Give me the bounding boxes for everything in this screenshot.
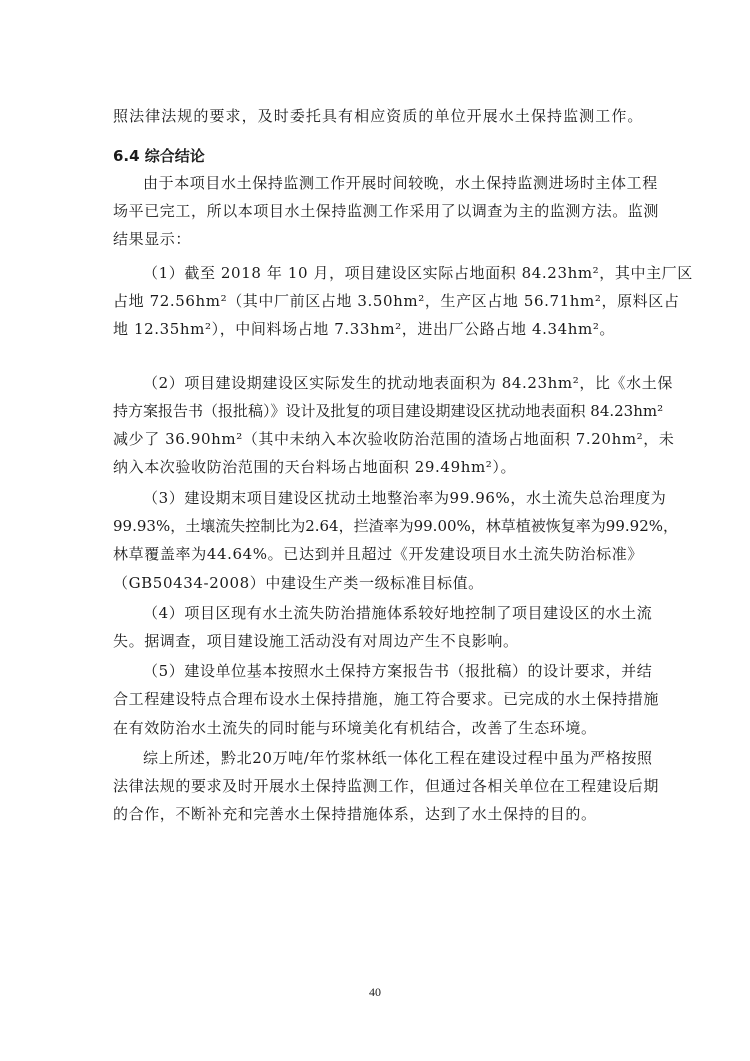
item-line: 失。据调查，项目建设施工活动没有对周边产生不良影响。 <box>113 631 643 651</box>
item-line: 在有效防治水土流失的同时能与环境美化有机结合，改善了生态环境。 <box>113 718 643 738</box>
item-line: 减少了 36.90hm²（其中未纳入本次验收防治范围的渣场占地面积 7.20hm… <box>113 429 643 449</box>
item-line: （GB50434-2008）中建设生产类一级标准目标值。 <box>113 573 643 593</box>
summary-line: 法律法规的要求及时开展水土保持监测工作，但通过各相关单位在工程建设后期 <box>113 776 643 796</box>
carryover-line: 照法律法规的要求，及时委托具有相应资质的单位开展水土保持监测工作。 <box>113 106 643 126</box>
document-page: 照法律法规的要求，及时委托具有相应资质的单位开展水土保持监测工作。 6.4 综合… <box>0 0 750 1061</box>
intro-line: 场平已完工，所以本项目水土保持监测工作采用了以调查为主的监测方法。监测 <box>113 201 643 221</box>
intro-line: 结果显示： <box>113 229 643 249</box>
page-number: 40 <box>0 985 750 1000</box>
item-line: 占地 72.56hm²（其中厂前区占地 3.50hm²，生产区占地 56.71h… <box>113 291 643 311</box>
item-line: （3）建设期末项目建设区扰动土地整治率为99.96%，水土流失总治理度为 <box>143 488 643 508</box>
item-line: 林草覆盖率为44.64%。已达到并且超过《开发建设项目水土流失防治标准》 <box>113 544 643 564</box>
item-line: （5）建设单位基本按照水土保持方案报告书（报批稿）的设计要求，并结 <box>143 661 643 681</box>
item-line: 99.93%，土壤流失控制比为2.64，拦渣率为99.00%，林草植被恢复率为9… <box>113 516 643 536</box>
item-line: （4）项目区现有水土流失防治措施体系较好地控制了项目建设区的水土流 <box>143 603 643 623</box>
item-line: 地 12.35hm²），中间料场占地 7.33hm²，进出厂公路占地 4.34h… <box>113 319 643 339</box>
item-line: （1）截至 2018 年 10 月，项目建设区实际占地面积 84.23hm²，其… <box>143 263 643 283</box>
item-line: （2）项目建设期建设区实际发生的扰动地表面积为 84.23hm²，比《水土保 <box>143 373 643 393</box>
item-line: 纳入本次验收防治范围的天台料场占地面积 29.49hm²）。 <box>113 457 643 477</box>
item-line: 合工程建设特点合理布设水土保持措施，施工符合要求。已完成的水土保持措施 <box>113 689 643 709</box>
intro-line: 由于本项目水土保持监测工作开展时间较晚，水土保持监测进场时主体工程 <box>143 173 643 193</box>
summary-line: 综上所述，黔北20万吨/年竹浆林纸一体化工程在建设过程中虽为严格按照 <box>143 748 643 768</box>
item-line: 持方案报告书（报批稿）》设计及批复的项目建设期建设区扰动地表面积 84.23hm… <box>113 401 643 421</box>
section-heading: 6.4 综合结论 <box>113 146 205 166</box>
summary-line: 的合作，不断补充和完善水土保持措施体系，达到了水土保持的目的。 <box>113 804 643 824</box>
